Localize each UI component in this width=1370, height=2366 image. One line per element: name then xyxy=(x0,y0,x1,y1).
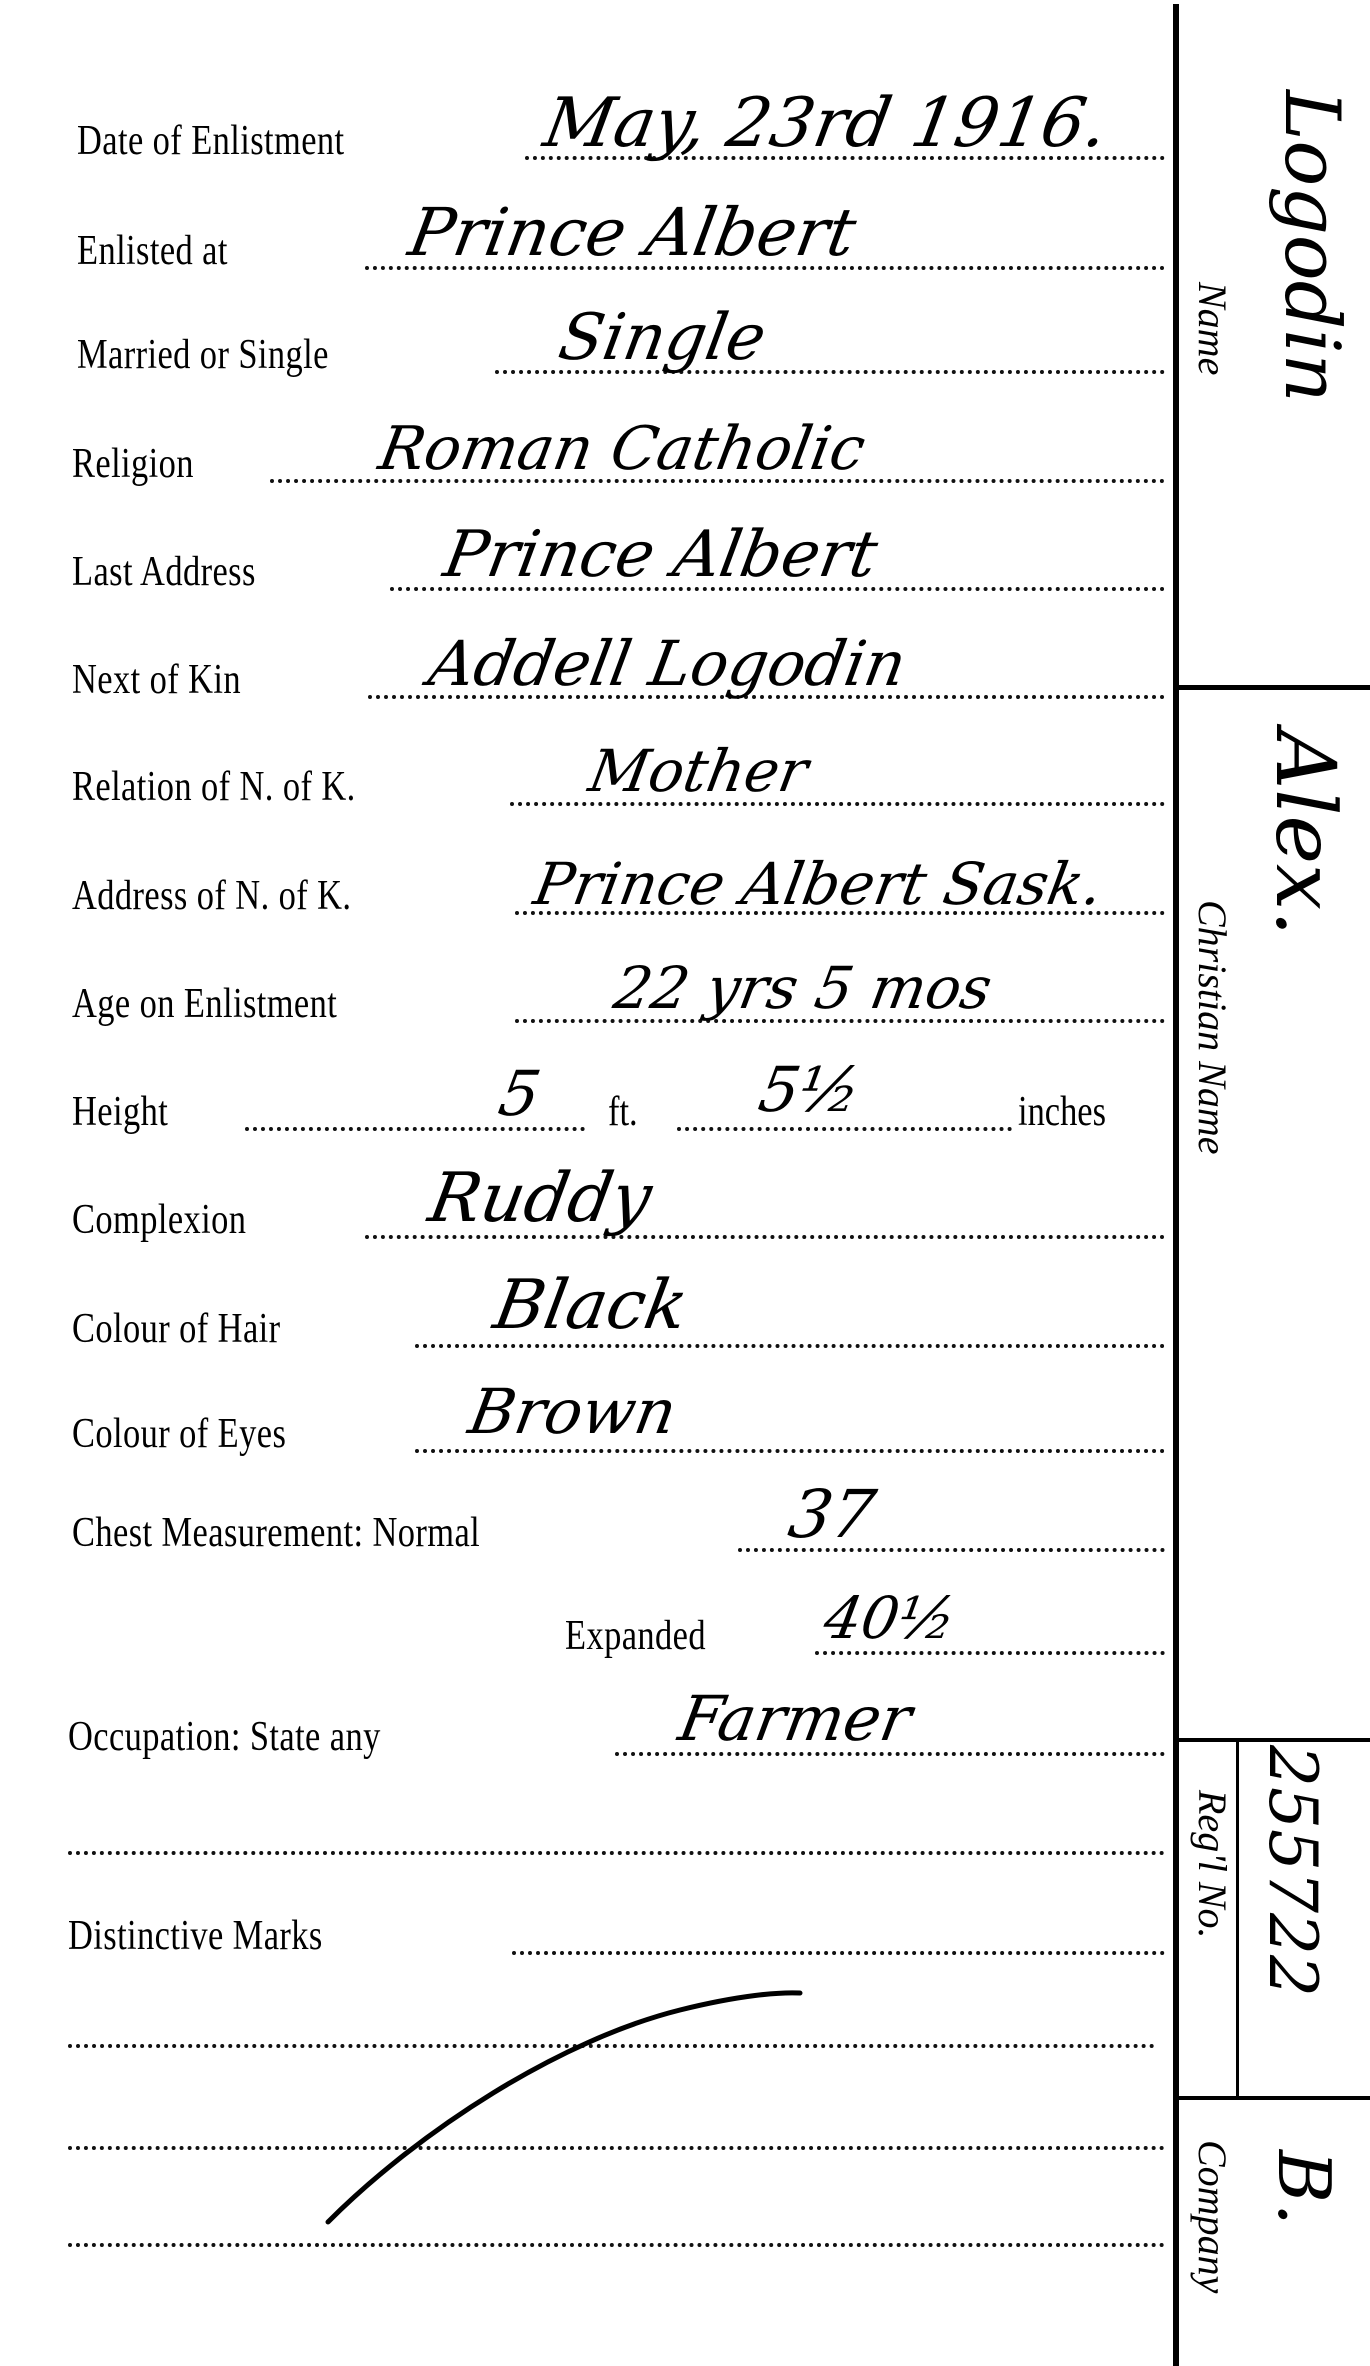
strike-through-mark xyxy=(0,0,1370,2366)
